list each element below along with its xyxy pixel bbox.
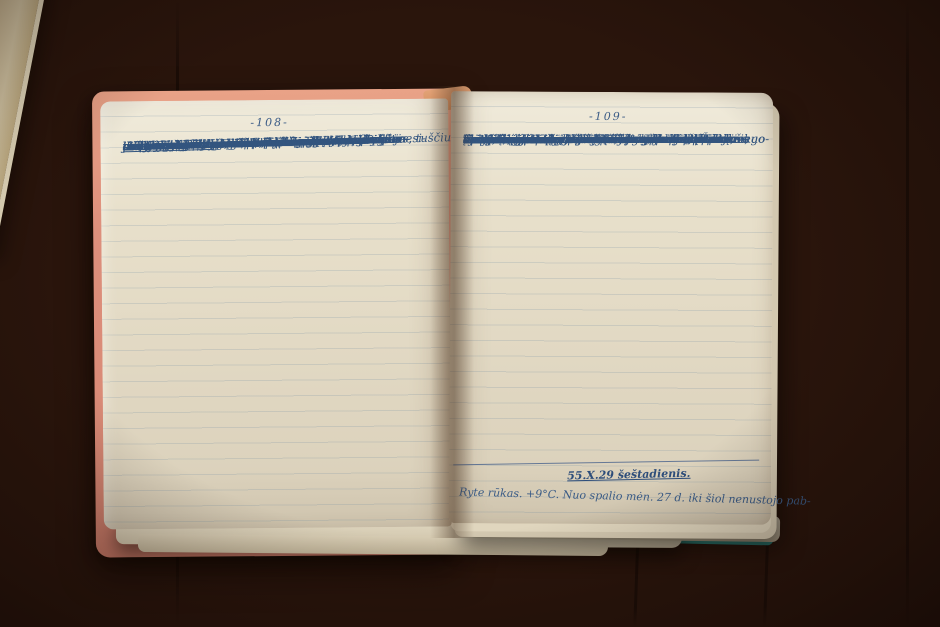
right-page-handwriting: Man nupasakojo, kaip žiemos metu, esant … (463, 131, 769, 132)
right-page-number: -109- (589, 110, 628, 123)
hand-drawn-separator-line (453, 460, 759, 466)
diary-weather-note: Ryte rūkas. +9°C. Nuo spalio mėn. 27 d. … (459, 486, 811, 508)
photo-scene: Ramanauskas -108- liečiami nebuvo. Vadas… (0, 0, 940, 627)
wood-plank-seam (906, 0, 909, 627)
open-diary: -108- liečiami nebuvo. Vadas tik pareišk… (86, 78, 798, 570)
diary-right-page: -109- Man nupasakojo, kaip žiemos metu, … (449, 91, 773, 525)
diary-left-page: -108- liečiami nebuvo. Vadas tik pareišk… (100, 98, 452, 529)
left-page-number: -108- (250, 116, 289, 129)
diary-date-heading: 55.X.29 šeštadienis. (567, 467, 691, 483)
left-page-handwriting: liečiami nebuvo. Vadas tik pareiškė, kad… (122, 130, 451, 139)
